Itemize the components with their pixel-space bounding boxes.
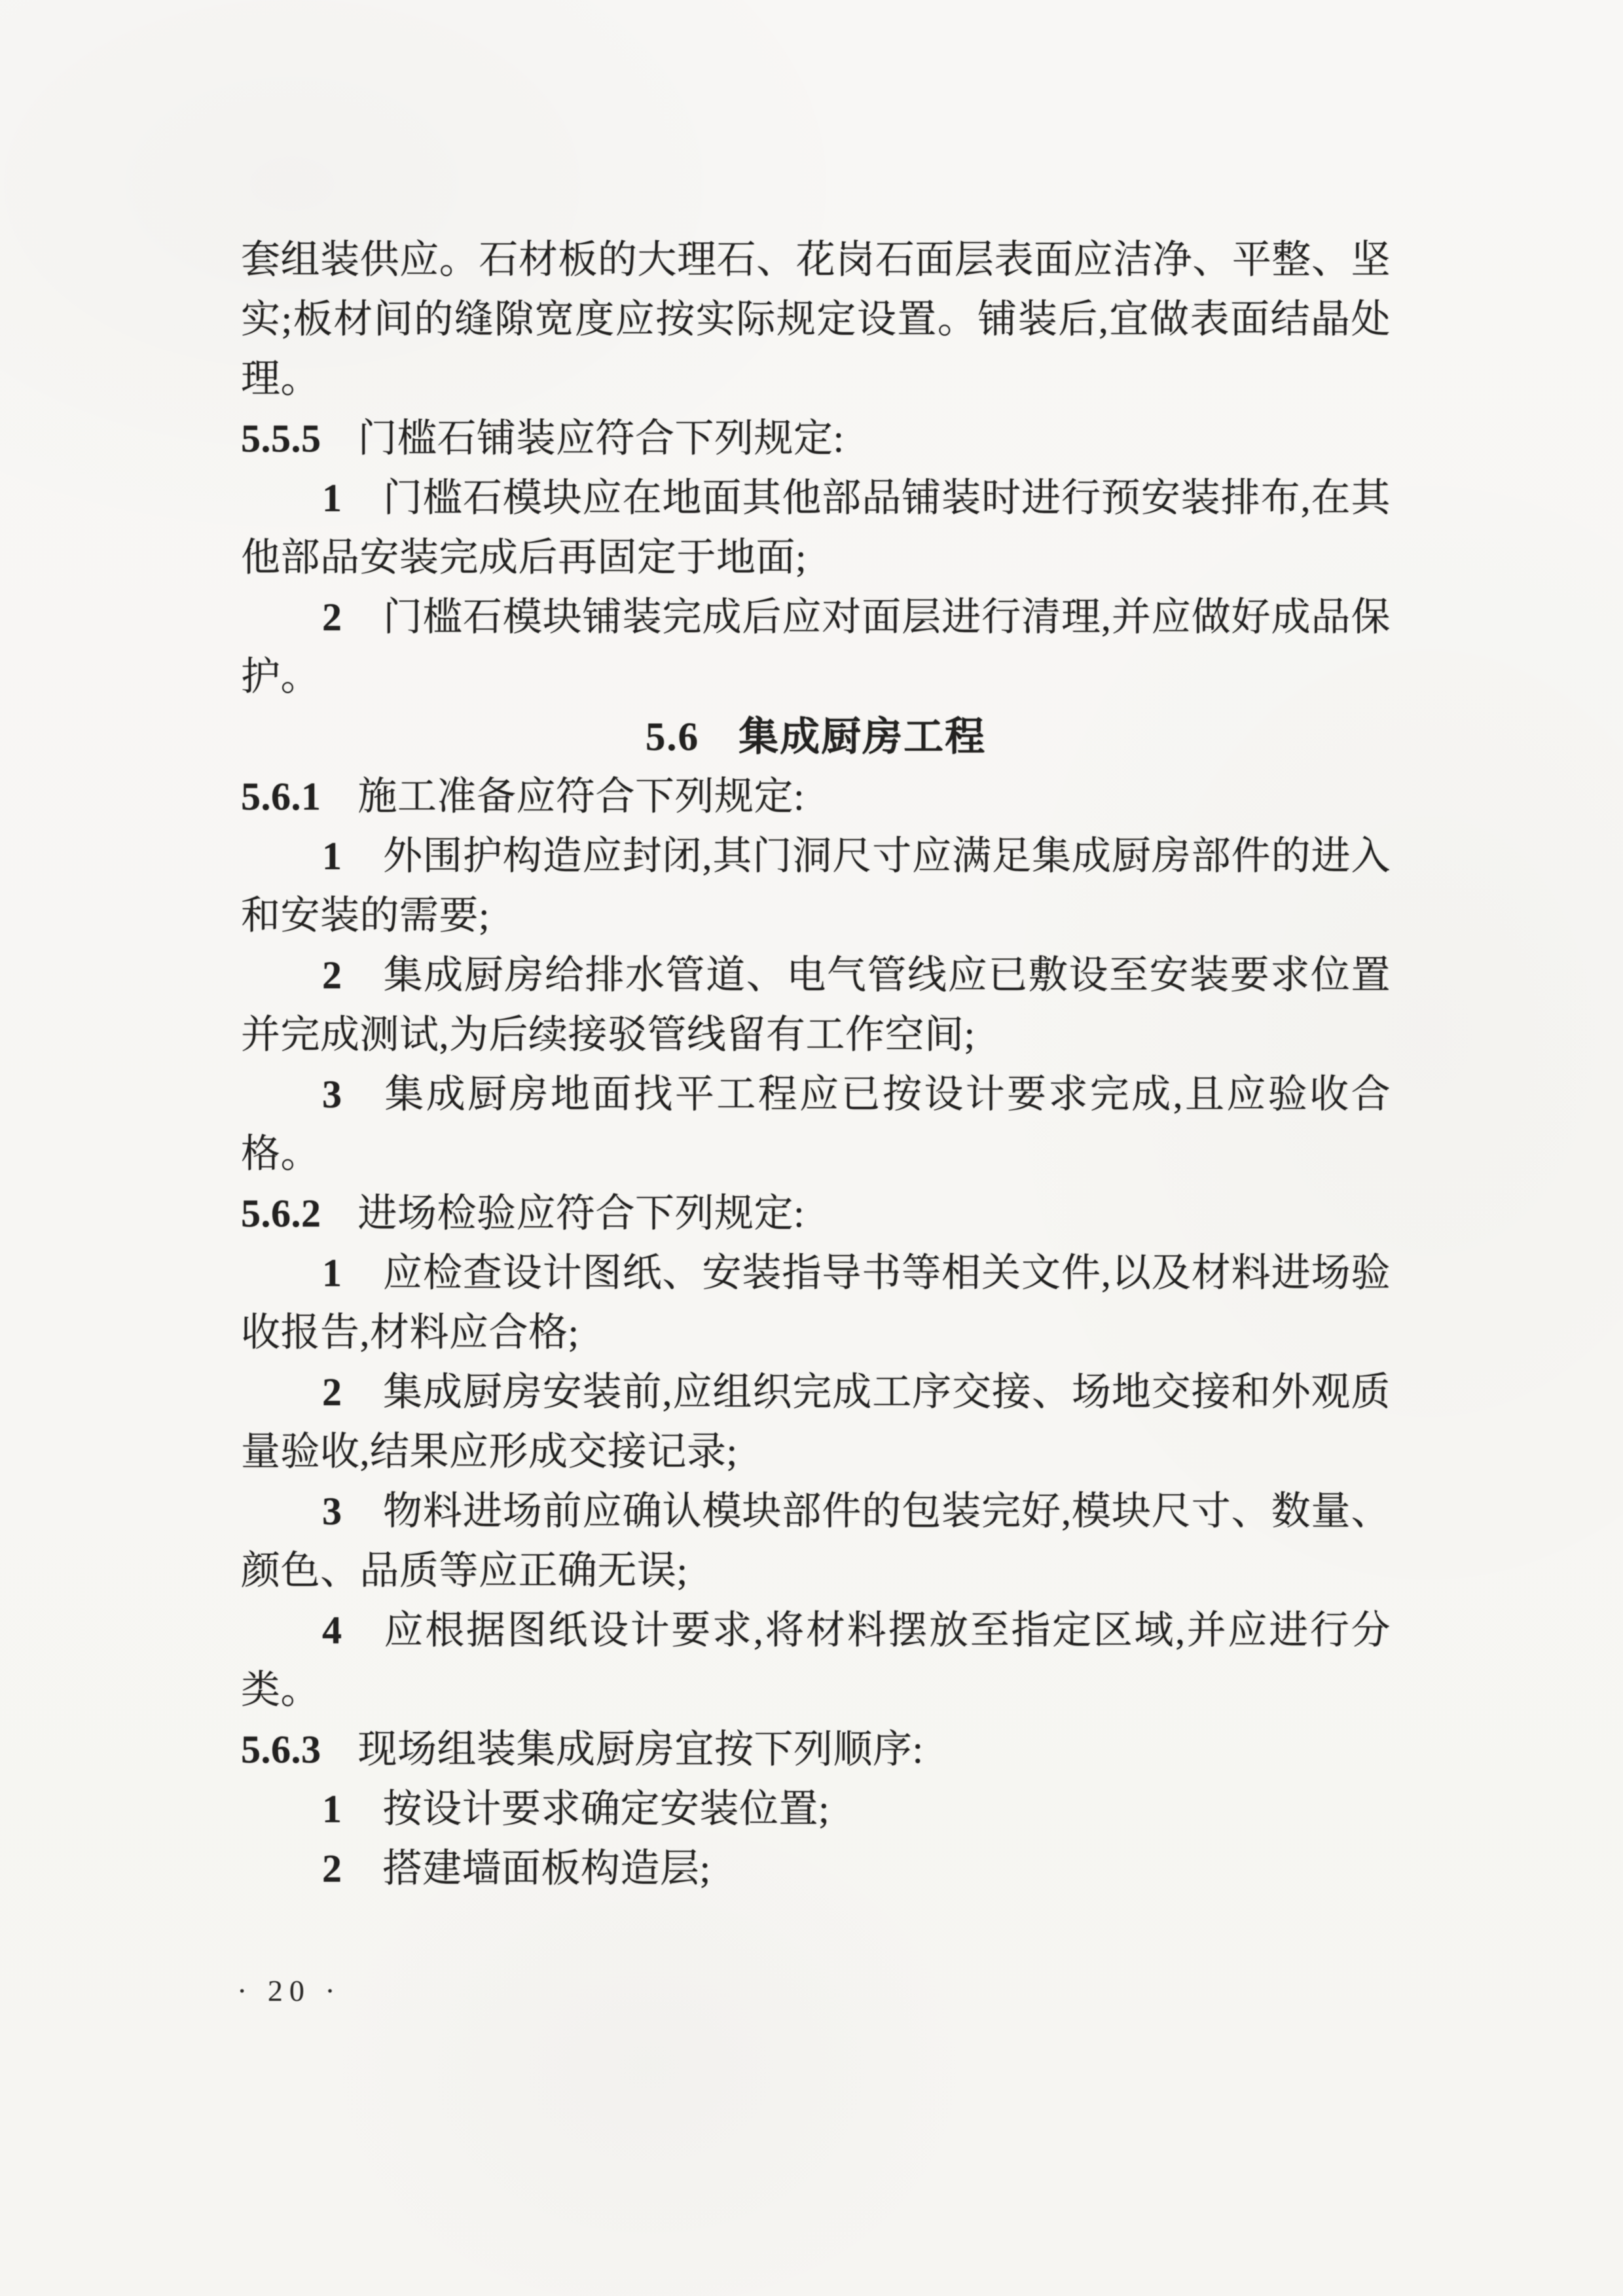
list-item: 1外围护构造应封闭,其门洞尺寸应满足集成厨房部件的进入和安装的需要; <box>241 827 1391 946</box>
list-item: 1按设计要求确定安装位置; <box>241 1780 1391 1839</box>
clause-number: 5.6.1 <box>241 775 321 818</box>
list-item: 3物料进场前应确认模块部件的包装完好,模块尺寸、数量、颜色、品质等应正确无误; <box>241 1482 1391 1601</box>
item-text: 按设计要求确定安装位置; <box>383 1787 830 1831</box>
clause-text: 进场检验应符合下列规定: <box>358 1192 805 1235</box>
clause-5-6-1: 5.6.1施工准备应符合下列规定: <box>241 767 1391 827</box>
item-number: 3 <box>322 1490 342 1533</box>
section-title: 集成厨房工程 <box>739 713 986 760</box>
item-text: 集成厨房给排水管道、电气管线应已敷设至安装要求位置并完成测试,为后续接驳管线留有… <box>241 954 1391 1056</box>
item-number: 1 <box>322 476 342 520</box>
item-text: 外围护构造应封闭,其门洞尺寸应满足集成厨房部件的进入和安装的需要; <box>241 834 1391 937</box>
clause-5-6-3: 5.6.3现场组装集成厨房宜按下列顺序: <box>241 1720 1391 1780</box>
item-text: 搭建墙面板构造层; <box>383 1847 711 1890</box>
item-number: 1 <box>322 834 342 878</box>
item-text: 集成厨房地面找平工程应已按设计要求完成,且应验收合格。 <box>241 1073 1391 1175</box>
section-number: 5.6 <box>646 715 699 759</box>
item-number: 1 <box>322 1787 342 1831</box>
item-number: 2 <box>322 1371 342 1414</box>
item-number: 2 <box>322 954 342 997</box>
clause-number: 5.5.5 <box>241 417 321 460</box>
clause-5-6-2: 5.6.2进场检验应符合下列规定: <box>241 1184 1391 1244</box>
section-heading: 5.6集成厨房工程 <box>241 707 1391 767</box>
item-text: 应检查设计图纸、安装指导书等相关文件,以及材料进场验收报告,材料应合格; <box>241 1251 1391 1354</box>
item-text: 集成厨房安装前,应组织完成工序交接、场地交接和外观质量验收,结果应形成交接记录; <box>241 1371 1391 1473</box>
item-text: 门槛石模块应在地面其他部品铺装时进行预安装排布,在其他部品安装完成后再固定于地面… <box>241 476 1391 579</box>
body-paragraph: 套组装供应。石材板的大理石、花岗石面层表面应洁净、平整、坚实;板材间的缝隙宽度应… <box>241 230 1391 409</box>
list-item: 2集成厨房给排水管道、电气管线应已敷设至安装要求位置并完成测试,为后续接驳管线留… <box>241 946 1391 1065</box>
item-number: 2 <box>322 1847 342 1890</box>
clause-number: 5.6.3 <box>241 1728 321 1771</box>
list-item: 1应检查设计图纸、安装指导书等相关文件,以及材料进场验收报告,材料应合格; <box>241 1244 1391 1363</box>
item-number: 1 <box>322 1251 342 1295</box>
clause-text: 施工准备应符合下列规定: <box>358 775 805 818</box>
list-item: 2门槛石模块铺装完成后应对面层进行清理,并应做好成品保护。 <box>241 588 1391 707</box>
clause-number: 5.6.2 <box>241 1192 321 1235</box>
page-number: · 20 · <box>237 1971 342 2011</box>
item-number: 3 <box>322 1073 342 1116</box>
item-text: 应根据图纸设计要求,将材料摆放至指定区域,并应进行分类。 <box>241 1609 1391 1712</box>
clause-text: 现场组装集成厨房宜按下列顺序: <box>358 1728 924 1771</box>
clause-text: 门槛石铺装应符合下列规定: <box>358 417 845 460</box>
page-body: 套组装供应。石材板的大理石、花岗石面层表面应洁净、平整、坚实;板材间的缝隙宽度应… <box>241 230 1391 1899</box>
item-number: 2 <box>322 596 342 639</box>
clause-5-5-5: 5.5.5门槛石铺装应符合下列规定: <box>241 409 1391 469</box>
paragraph-text: 套组装供应。石材板的大理石、花岗石面层表面应洁净、平整、坚实;板材间的缝隙宽度应… <box>241 238 1391 401</box>
list-item: 2集成厨房安装前,应组织完成工序交接、场地交接和外观质量验收,结果应形成交接记录… <box>241 1363 1391 1482</box>
list-item: 4应根据图纸设计要求,将材料摆放至指定区域,并应进行分类。 <box>241 1601 1391 1720</box>
item-text: 门槛石模块铺装完成后应对面层进行清理,并应做好成品保护。 <box>241 596 1391 698</box>
scanned-document-page: 套组装供应。石材板的大理石、花岗石面层表面应洁净、平整、坚实;板材间的缝隙宽度应… <box>0 0 1623 2296</box>
list-item: 2搭建墙面板构造层; <box>241 1839 1391 1899</box>
item-text: 物料进场前应确认模块部件的包装完好,模块尺寸、数量、颜色、品质等应正确无误; <box>241 1490 1391 1592</box>
item-number: 4 <box>322 1609 342 1652</box>
list-item: 1门槛石模块应在地面其他部品铺装时进行预安装排布,在其他部品安装完成后再固定于地… <box>241 469 1391 588</box>
list-item: 3集成厨房地面找平工程应已按设计要求完成,且应验收合格。 <box>241 1065 1391 1184</box>
